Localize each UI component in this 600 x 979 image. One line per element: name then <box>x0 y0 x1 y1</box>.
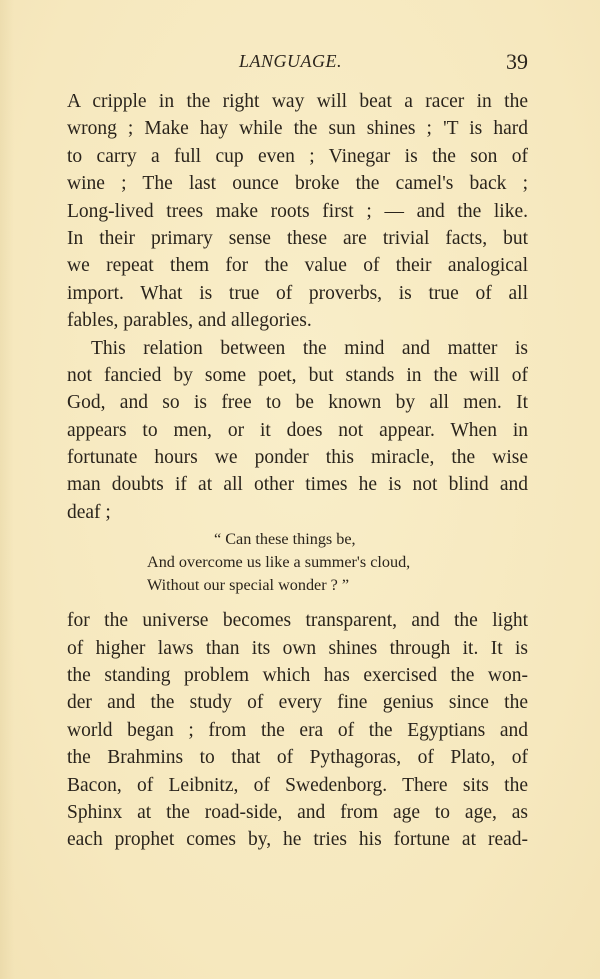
block-quotation: “ Can these things be, And overcome us l… <box>67 526 528 606</box>
text-line: fables, parables, and allegories. <box>67 307 528 334</box>
text-line: A cripple in the right way will beat a r… <box>67 88 528 115</box>
text-line: wine ; The last ounce broke the camel's … <box>67 170 528 197</box>
text-line: appears to men, or it does not appear. W… <box>67 417 528 444</box>
text-line: God, and so is free to be known by all m… <box>67 389 528 416</box>
body-text: A cripple in the right way will beat a r… <box>67 88 528 854</box>
book-page: LANGUAGE. 39 A cripple in the right way … <box>0 0 600 979</box>
paragraph-3: for the universe becomes transparent, an… <box>67 607 528 854</box>
text-line: to carry a full cup even ; Vinegar is th… <box>67 143 528 170</box>
quote-line: Without our special wonder ? ” <box>147 574 349 598</box>
text-line: fortunate hours we ponder this miracle, … <box>67 444 528 471</box>
paragraph-2: This relation between the mind and matte… <box>67 335 528 527</box>
text-line: Sphinx at the road-side, and from age to… <box>67 799 528 826</box>
quote-line: “ Can these things be, <box>214 528 356 552</box>
text-line: we repeat them for the value of their an… <box>67 252 528 279</box>
text-line: of higher laws than its own shines throu… <box>67 635 528 662</box>
running-title: LANGUAGE. <box>239 51 342 72</box>
text-line: the Brahmins to that of Pythagoras, of P… <box>67 744 528 771</box>
text-line: wrong ; Make hay while the sun shines ; … <box>67 115 528 142</box>
text-line: for the universe becomes transparent, an… <box>67 607 528 634</box>
running-head: LANGUAGE. 39 <box>67 51 528 73</box>
text-line: Bacon, of Leibnitz, of Swedenborg. There… <box>67 772 528 799</box>
text-line: This relation between the mind and matte… <box>67 335 528 362</box>
page-number: 39 <box>506 49 528 75</box>
quote-line: And overcome us like a summer's cloud, <box>147 551 410 575</box>
text-line: man doubts if at all other times he is n… <box>67 471 528 498</box>
text-line: import. What is true of proverbs, is tru… <box>67 280 528 307</box>
text-line: not fancied by some poet, but stands in … <box>67 362 528 389</box>
text-line: deaf ; <box>67 499 528 526</box>
paragraph-1: A cripple in the right way will beat a r… <box>67 88 528 335</box>
text-line: Long-lived trees make roots first ; — an… <box>67 198 528 225</box>
text-line: world began ; from the era of the Egypti… <box>67 717 528 744</box>
text-line: the standing problem which has exercised… <box>67 662 528 689</box>
text-line: der and the study of every fine genius s… <box>67 689 528 716</box>
text-line: each prophet comes by, he tries his fort… <box>67 826 528 853</box>
text-line: In their primary sense these are trivial… <box>67 225 528 252</box>
